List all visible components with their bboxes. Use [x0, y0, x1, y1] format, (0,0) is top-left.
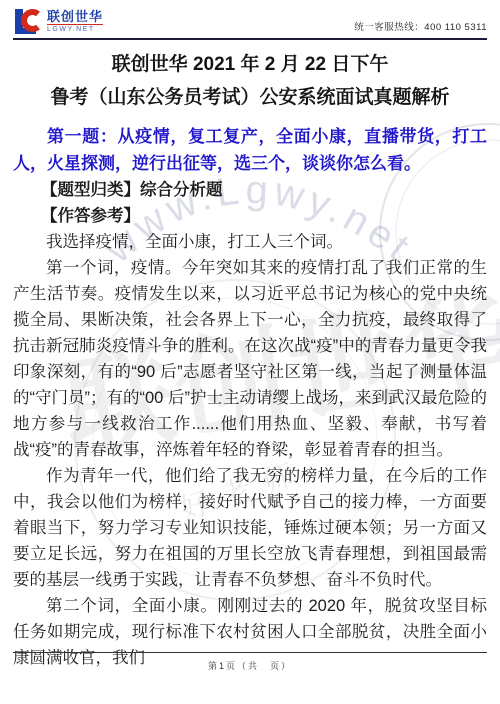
answer-paragraph-3: 作为青年一代，他们给了我无穷的榜样力量，在今后的工作中，我会以他们为榜样，接好时…: [13, 463, 487, 593]
doc-subtitle: 鲁考（山东公务员考试）公安系统面试真题解析: [13, 86, 487, 110]
company-logo: 联创世华 LGWY.NET: [13, 8, 103, 35]
document-page: 联创世华 好老师 www.Lgwy.net 联创世华 LGWY.NET 统一客服…: [0, 0, 500, 704]
doc-title: 联创世华 2021 年 2 月 22 日下午: [13, 53, 487, 77]
answer-paragraph-1: 我选择疫情，全面小康，打工人三个词。: [13, 229, 487, 255]
answer-paragraph-2: 第一个词，疫情。今年突如其来的疫情打乱了我们正常的生产生活节奏。疫情发生以来，以…: [13, 255, 487, 463]
section-answer-label: 【作答参考】: [13, 203, 487, 229]
section-type-label: 【题型归类】综合分析题: [13, 177, 487, 203]
logo-text: 联创世华 LGWY.NET: [47, 10, 103, 34]
page-number: 第1页（共 页）: [208, 661, 292, 671]
logo-company-name: 联创世华: [47, 10, 103, 23]
logo-domain: LGWY.NET: [47, 24, 103, 34]
question-text: 第一题：从疫情，复工复产，全面小康，直播带货，打工人，火星探测，逆行出征等，选三…: [13, 123, 487, 177]
hotline-text: 统一客服热线：400 110 5311: [354, 19, 487, 35]
page-footer: 第1页（共 页）: [13, 652, 487, 674]
logo-icon: [13, 8, 43, 35]
page-header: 联创世华 LGWY.NET 统一客服热线：400 110 5311: [13, 0, 487, 40]
